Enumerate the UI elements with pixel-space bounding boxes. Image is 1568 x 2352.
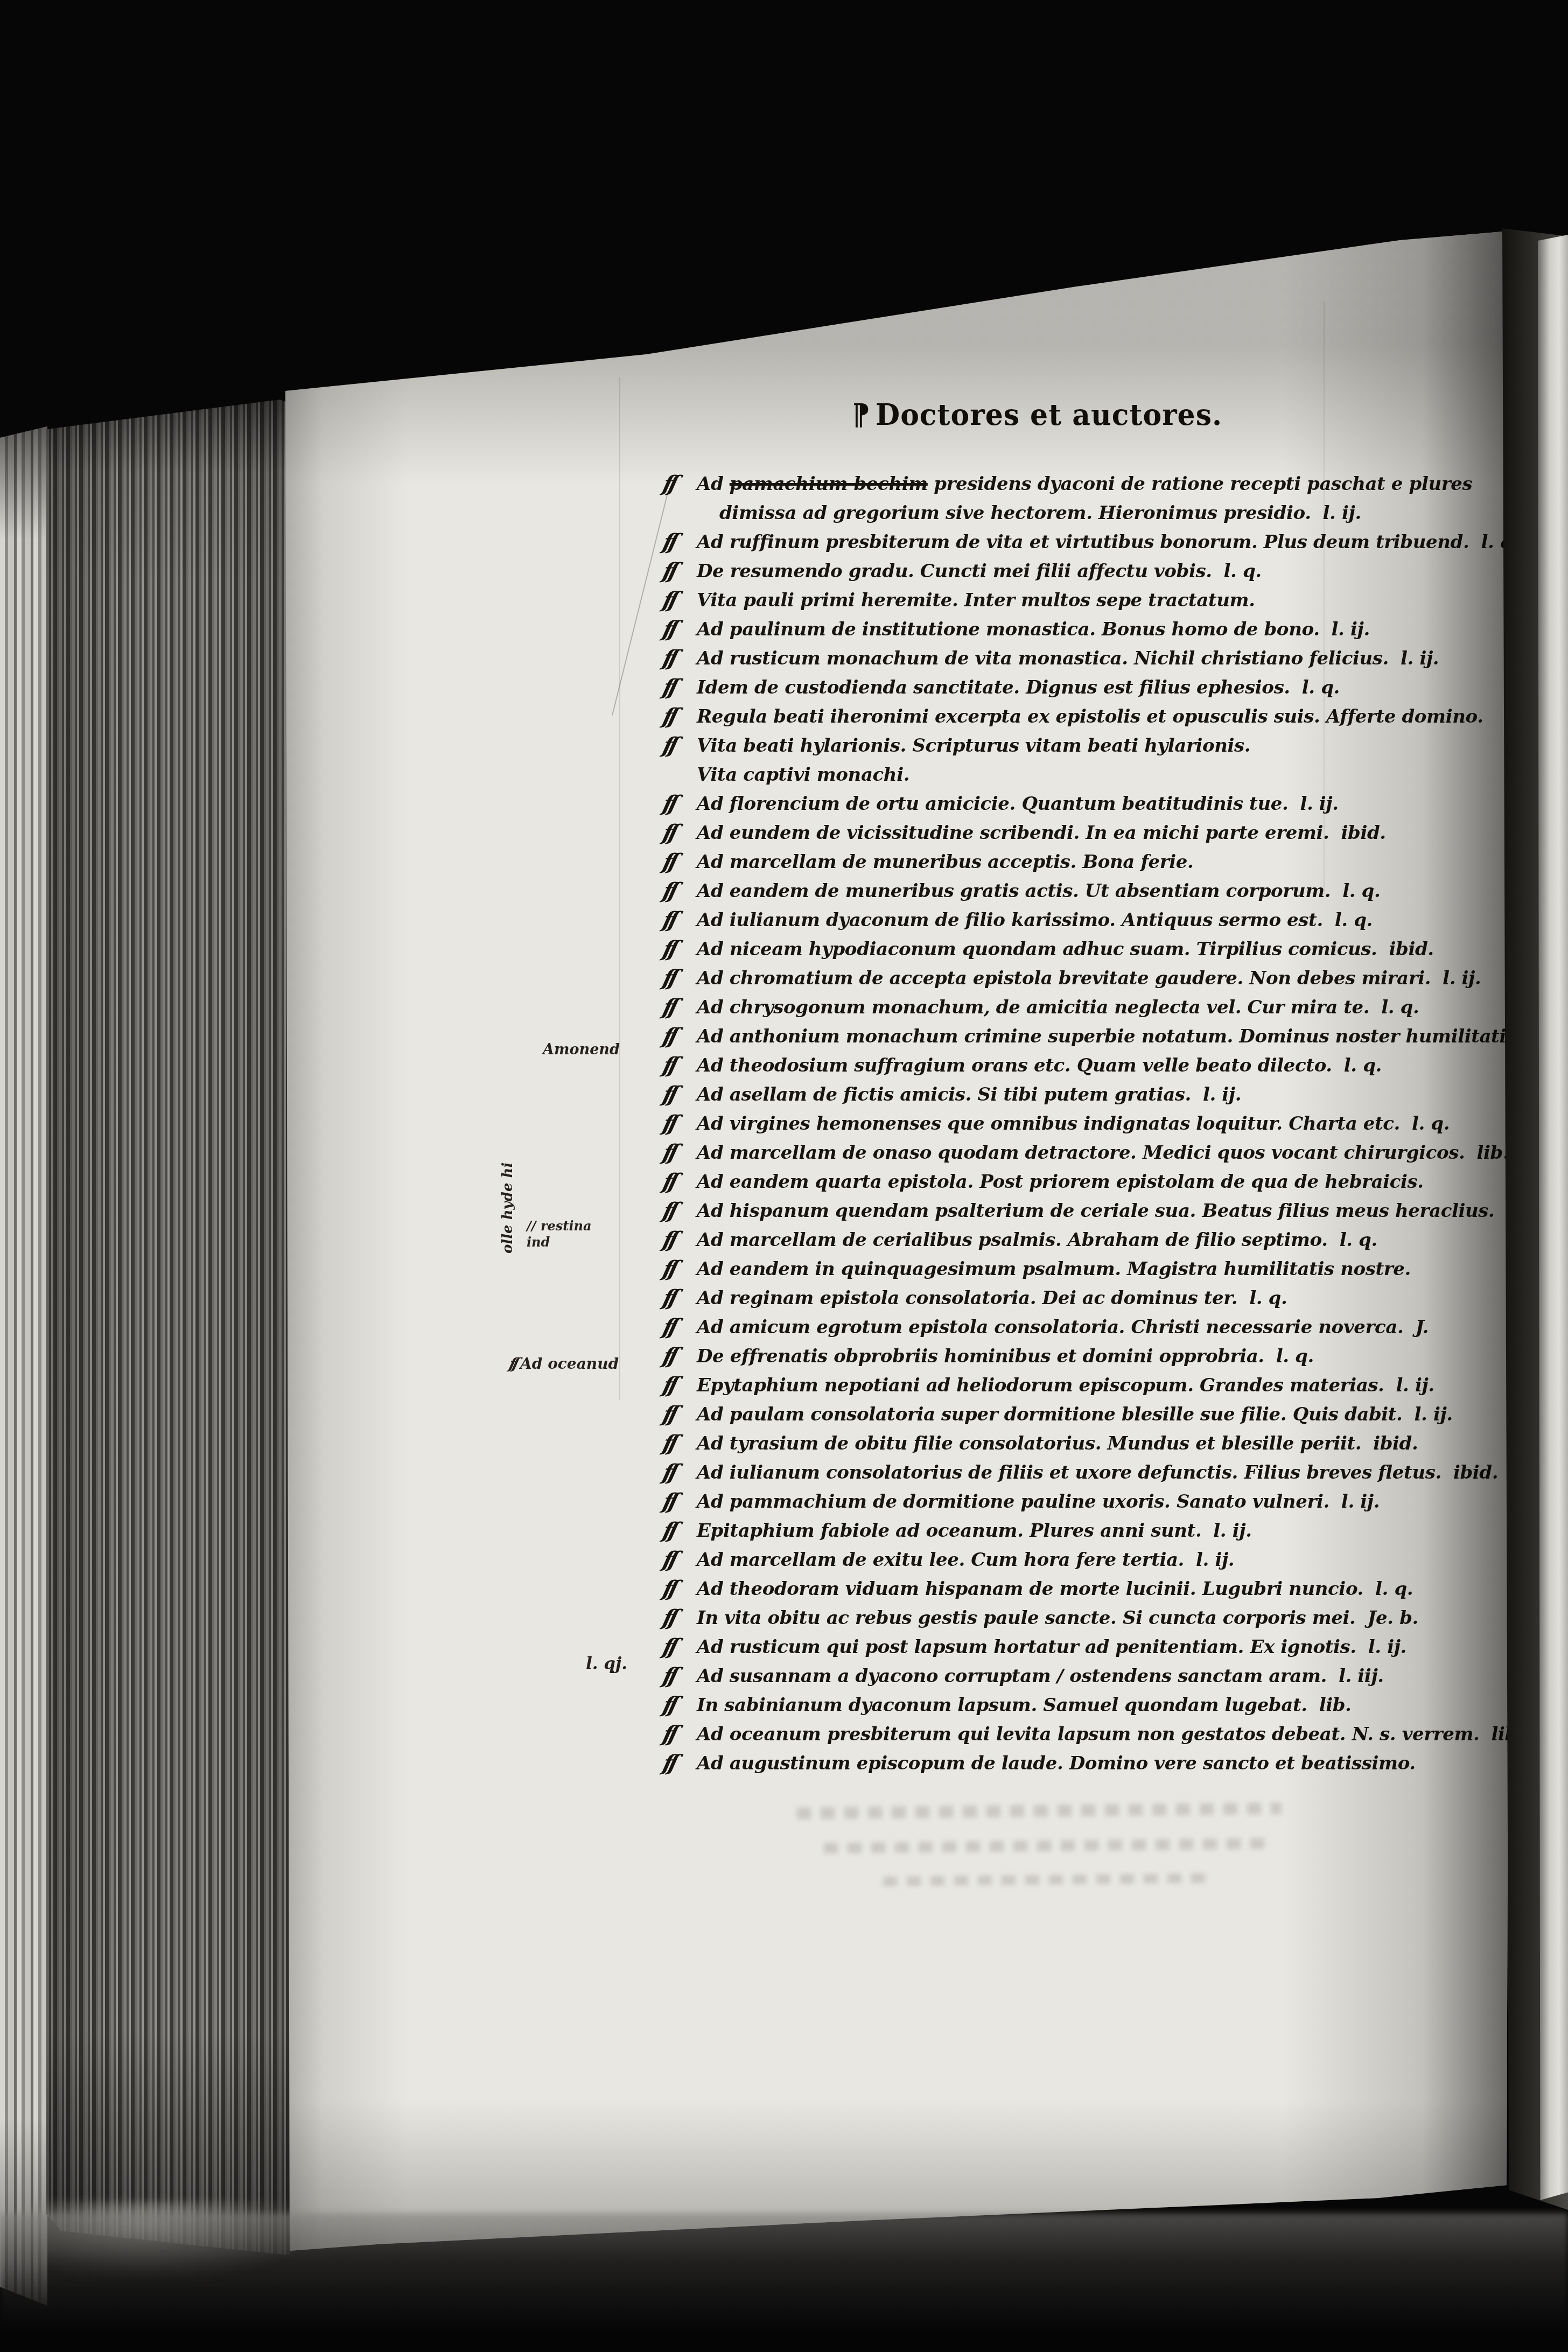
entry-line: ſſAd eandem in quinquagesimum psalmum. M… [663, 1255, 1450, 1284]
page-heading-text: Doctores et auctores. [876, 398, 1222, 432]
entry-folio-ref: ibid. [1389, 939, 1434, 960]
margin-note-text: Ad oceanud [520, 1355, 619, 1373]
entry-folio-ref: l. ij. [1323, 502, 1361, 524]
entry-line: dimissa ad gregorium sive hectorem. Hier… [663, 499, 1450, 528]
entry-folio-ref: l. ij. [1401, 648, 1439, 669]
entry-text: Ad marcellam de cerialibus psalmis. Abra… [697, 1229, 1328, 1251]
entry-line: ſſVita pauli primi heremite. Inter multo… [663, 586, 1450, 615]
entry-line: ſſAd marcellam de onaso quodam detractor… [663, 1138, 1450, 1167]
entry-line: ſſAd iulianum consolatorius de filiis et… [663, 1458, 1450, 1487]
entry-text: Ad pammachium de dormitione pauline uxor… [697, 1491, 1329, 1513]
entry-text: Ad virgines hemonenses que omnibus indig… [697, 1113, 1400, 1135]
entry-folio-ref: ibid. [1341, 822, 1386, 844]
entry-text: Ad rusticum monachum de vita monastica. … [697, 648, 1389, 669]
entry-folio-ref: l. iij. [1339, 1665, 1384, 1687]
entry-text: Ad eandem de muneribus gratis actis. Ut … [697, 880, 1331, 902]
entry-line: ſſAd eandem de muneribus gratis actis. U… [663, 877, 1450, 906]
entry-line: ſſAd iulianum dyaconum de filio karissim… [663, 906, 1450, 935]
entry-text: Ad theodosium suffragium orans etc. Quam… [697, 1055, 1332, 1076]
facing-page-edge [1538, 235, 1568, 2200]
page-crease [619, 377, 620, 1400]
entry-text: De resumendo gradu. Cuncti mei filii aff… [697, 561, 1212, 582]
entry-text: Ad susannam a dyacono corruptam / ostend… [697, 1665, 1327, 1687]
book-photo: ¶Doctores et auctores. ſſAd pamachium be… [0, 0, 1568, 2352]
entry-line: ſſAd susannam a dyacono corruptam / oste… [663, 1662, 1450, 1691]
entry-folio-ref: lib. [1477, 1142, 1509, 1164]
entry-text: Ad niceam hypodiaconum quondam adhuc sua… [697, 939, 1377, 960]
bottom-shadow [0, 2213, 1568, 2352]
margin-note-vertical: olle hyde hi [500, 1070, 516, 1254]
entry-text: Ad marcellam de muneribus acceptis. Bona… [697, 851, 1194, 873]
entry-folio-ref: l. q. [1344, 1055, 1382, 1076]
entry-text: Ad asellam de fictis amicis. Si tibi put… [697, 1084, 1191, 1105]
entry-line: ſſAd florencium de ortu amicicie. Quantu… [663, 789, 1450, 818]
entry-folio-ref: l. ij. [1341, 1491, 1380, 1513]
entry-folio-ref: l. q. [1249, 1287, 1287, 1309]
entry-text: Ad eundem de vicissitudine scribendi. In… [697, 822, 1329, 844]
entry-line: ſſAd pamachium bechim presidens dyaconi … [663, 470, 1450, 499]
entry-line: ſſAd hispanum quendam psalterium de ceri… [663, 1196, 1450, 1226]
entry-line: ſſAd marcellam de cerialibus psalmis. Ab… [663, 1226, 1450, 1255]
entry-line: ſſAd chrysogonum monachum, de amicitia n… [663, 993, 1450, 1022]
entry-line: ſſAd theodosium suffragium orans etc. Qu… [663, 1051, 1450, 1080]
entry-folio-ref: Je. b. [1367, 1607, 1418, 1629]
entry-line: Vita captivi monachi. [663, 760, 1450, 789]
book-cover-edge [0, 426, 47, 2306]
entry-struck-text: pamachium bechim [730, 473, 928, 495]
entry-line: ſſAd paulinum de institutione monastica.… [663, 615, 1450, 644]
entry-line: ſſAd paulam consolatoria super dormition… [663, 1400, 1450, 1429]
entry-text: Vita beati hylarionis. Scripturus vitam … [697, 735, 1250, 757]
entry-line: ſſIn sabinianum dyaconum lapsum. Samuel … [663, 1691, 1450, 1720]
entry-line: ſſAd pammachium de dormitione pauline ux… [663, 1487, 1450, 1516]
entry-text: Ad reginam epistola consolatoria. Dei ac… [697, 1287, 1237, 1309]
entry-text: Ad eandem in quinquagesimum psalmum. Mag… [697, 1258, 1411, 1280]
entry-text: Ad rusticum qui post lapsum hortatur ad … [697, 1636, 1356, 1658]
entry-line: ſſAd amicum egrotum epistola consolatori… [663, 1313, 1450, 1342]
entry-text: Ad marcellam de onaso quodam detractore.… [697, 1142, 1465, 1164]
entry-text: Ad [697, 473, 730, 495]
entry-text: presidens dyaconi de ratione recepti pas… [928, 473, 1472, 495]
entry-text: Epitaphium fabiole ad oceanum. Plures an… [697, 1520, 1201, 1542]
entry-line: ſſAd ruffinum presbiterum de vita et vir… [663, 528, 1450, 557]
entry-text: Ad theodoram viduam hispanam de morte lu… [697, 1578, 1363, 1600]
entry-line: ſſAd oceanum presbiterum qui levita laps… [663, 1720, 1450, 1749]
entry-text: Ad hispanum quendam psalterium de cerial… [697, 1200, 1495, 1222]
entry-folio-ref: l. q. [1335, 909, 1373, 931]
entry-folio-ref: l. ij. [1300, 793, 1338, 815]
entry-line: ſſDe effrenatis obprobriis hominibus et … [663, 1342, 1450, 1371]
entry-line: ſſAd marcellam de muneribus acceptis. Bo… [663, 848, 1450, 877]
entry-line: ſſRegula beati iheronimi excerpta ex epi… [663, 702, 1450, 731]
entry-folio-ref: l. ij. [1332, 619, 1370, 640]
entry-text: In vita obitu ac rebus gestis paule sanc… [697, 1607, 1355, 1629]
entry-text: Ad iulianum consolatorius de filiis et u… [697, 1462, 1441, 1483]
entries-list: ſſAd pamachium bechim presidens dyaconi … [663, 470, 1450, 1778]
entry-text: Idem de custodienda sanctitate. Dignus e… [697, 677, 1290, 698]
entry-folio-ref: l. q. [1342, 880, 1380, 902]
entry-line: ſſAd rusticum qui post lapsum hortatur a… [663, 1633, 1450, 1662]
entry-line: ſſAd theodoram viduam hispanam de morte … [663, 1574, 1450, 1604]
margin-note: l. qj. [586, 1654, 627, 1674]
entry-folio-ref: l. ij. [1396, 1375, 1434, 1396]
margin-note: Amonend [543, 1041, 620, 1058]
entry-text: Vita captivi monachi. [697, 764, 909, 786]
entry-line: ſſAd eandem quarta epistola. Post priore… [663, 1167, 1450, 1196]
entry-text: Ad amicum egrotum epistola consolatoria.… [697, 1317, 1403, 1338]
entry-line: ſſAd virgines hemonenses que omnibus ind… [663, 1109, 1450, 1138]
entry-line: ſſAd anthonium monachum crimine superbie… [663, 1022, 1450, 1051]
entry-text: Ad iulianum dyaconum de filio karissimo.… [697, 909, 1323, 931]
entry-text: Ad augustinum episcopum de laude. Domino… [697, 1753, 1416, 1774]
entry-folio-ref: l. ij. [1415, 1404, 1453, 1425]
entry-text: dimissa ad gregorium sive hectorem. Hier… [719, 502, 1311, 524]
entry-folio-ref: ibid. [1453, 1462, 1498, 1483]
margin-note: ſſAd oceanud [509, 1355, 619, 1373]
entry-folio-ref: lib. [1319, 1695, 1352, 1716]
entry-folio-ref: l. ij. [1213, 1520, 1251, 1542]
entry-line: ſſAd niceam hypodiaconum quondam adhuc s… [663, 935, 1450, 964]
entry-line: ſſVita beati hylarionis. Scripturus vita… [663, 731, 1450, 760]
entry-line: ſſDe resumendo gradu. Cuncti mei filii a… [663, 557, 1450, 586]
entry-folio-ref: l. q. [1412, 1113, 1450, 1135]
entry-text: Regula beati iheronimi excerpta ex epist… [697, 706, 1483, 727]
entry-folio-ref: J. [1415, 1317, 1428, 1338]
entry-folio-ref: l. q. [1224, 561, 1262, 582]
entry-line: ſſAd augustinum episcopum de laude. Domi… [663, 1749, 1450, 1778]
entry-line: ſſIn vita obitu ac rebus gestis paule sa… [663, 1604, 1450, 1633]
entry-line: ſſAd marcellam de exitu lee. Cum hora fe… [663, 1545, 1450, 1574]
entry-line: ſſAd asellam de fictis amicis. Si tibi p… [663, 1080, 1450, 1109]
entry-folio-ref: l. q. [1302, 677, 1340, 698]
entry-text: Ad florencium de ortu amicicie. Quantum … [697, 793, 1288, 815]
entry-folio-ref: l. q. [1375, 1578, 1413, 1600]
entry-text: Epytaphium nepotiani ad heliodorum episc… [697, 1375, 1384, 1396]
entry-text: Ad chromatium de accepta epistola brevit… [697, 968, 1431, 989]
entry-line: ſſAd reginam epistola consolatoria. Dei … [663, 1284, 1450, 1313]
entry-text: Ad oceanum presbiterum qui levita lapsum… [697, 1724, 1480, 1745]
page-heading: ¶Doctores et auctores. [852, 398, 1283, 432]
entry-text: In sabinianum dyaconum lapsum. Samuel qu… [697, 1695, 1307, 1716]
entry-folio-ref: ibid. [1373, 1433, 1418, 1454]
entry-text: Ad ruffinum presbiterum de vita et virtu… [697, 531, 1469, 553]
entry-folio-ref: l. q. [1340, 1229, 1377, 1251]
entry-folio-ref: l. ij. [1203, 1084, 1241, 1105]
entry-folio-ref: l. ij. [1196, 1549, 1234, 1571]
entry-line: ſſIdem de custodienda sanctitate. Dignus… [663, 673, 1450, 702]
left-foreedge-stack [46, 400, 290, 2255]
entry-text: Ad eandem quarta epistola. Post priorem … [697, 1171, 1424, 1193]
entry-text: Ad tyrasium de obitu filie consolatorius… [697, 1433, 1361, 1454]
entry-text: Ad chrysogonum monachum, de amicitia neg… [697, 997, 1369, 1018]
entry-text: Ad anthonium monachum crimine superbie n… [697, 1026, 1522, 1047]
entry-text: De effrenatis obprobriis hominibus et do… [697, 1346, 1264, 1367]
entry-text: Ad paulam consolatoria super dormitione … [697, 1404, 1403, 1425]
entry-line: ſſAd tyrasium de obitu filie consolatori… [663, 1429, 1450, 1458]
entry-text: Ad paulinum de institutione monastica. B… [697, 619, 1320, 640]
paraph-icon: ¶ [852, 398, 870, 432]
entry-line: ſſEpytaphium nepotiani ad heliodorum epi… [663, 1371, 1450, 1400]
margin-note: // restina ind [527, 1218, 592, 1250]
entry-line: ſſEpitaphium fabiole ad oceanum. Plures … [663, 1516, 1450, 1545]
entry-line: ſſAd rusticum monachum de vita monastica… [663, 644, 1450, 673]
entry-text: Vita pauli primi heremite. Inter multos … [697, 590, 1255, 611]
entry-line: ſſAd eundem de vicissitudine scribendi. … [663, 818, 1450, 848]
entry-folio-ref: l. q. [1381, 997, 1419, 1018]
entry-folio-ref: l. q. [1276, 1346, 1314, 1367]
entry-line: ſſAd chromatium de accepta epistola brev… [663, 964, 1450, 993]
entry-folio-ref: l. ij. [1368, 1636, 1406, 1658]
entry-folio-ref: l. ij. [1443, 968, 1481, 989]
entry-text: Ad marcellam de exitu lee. Cum hora fere… [697, 1549, 1184, 1571]
